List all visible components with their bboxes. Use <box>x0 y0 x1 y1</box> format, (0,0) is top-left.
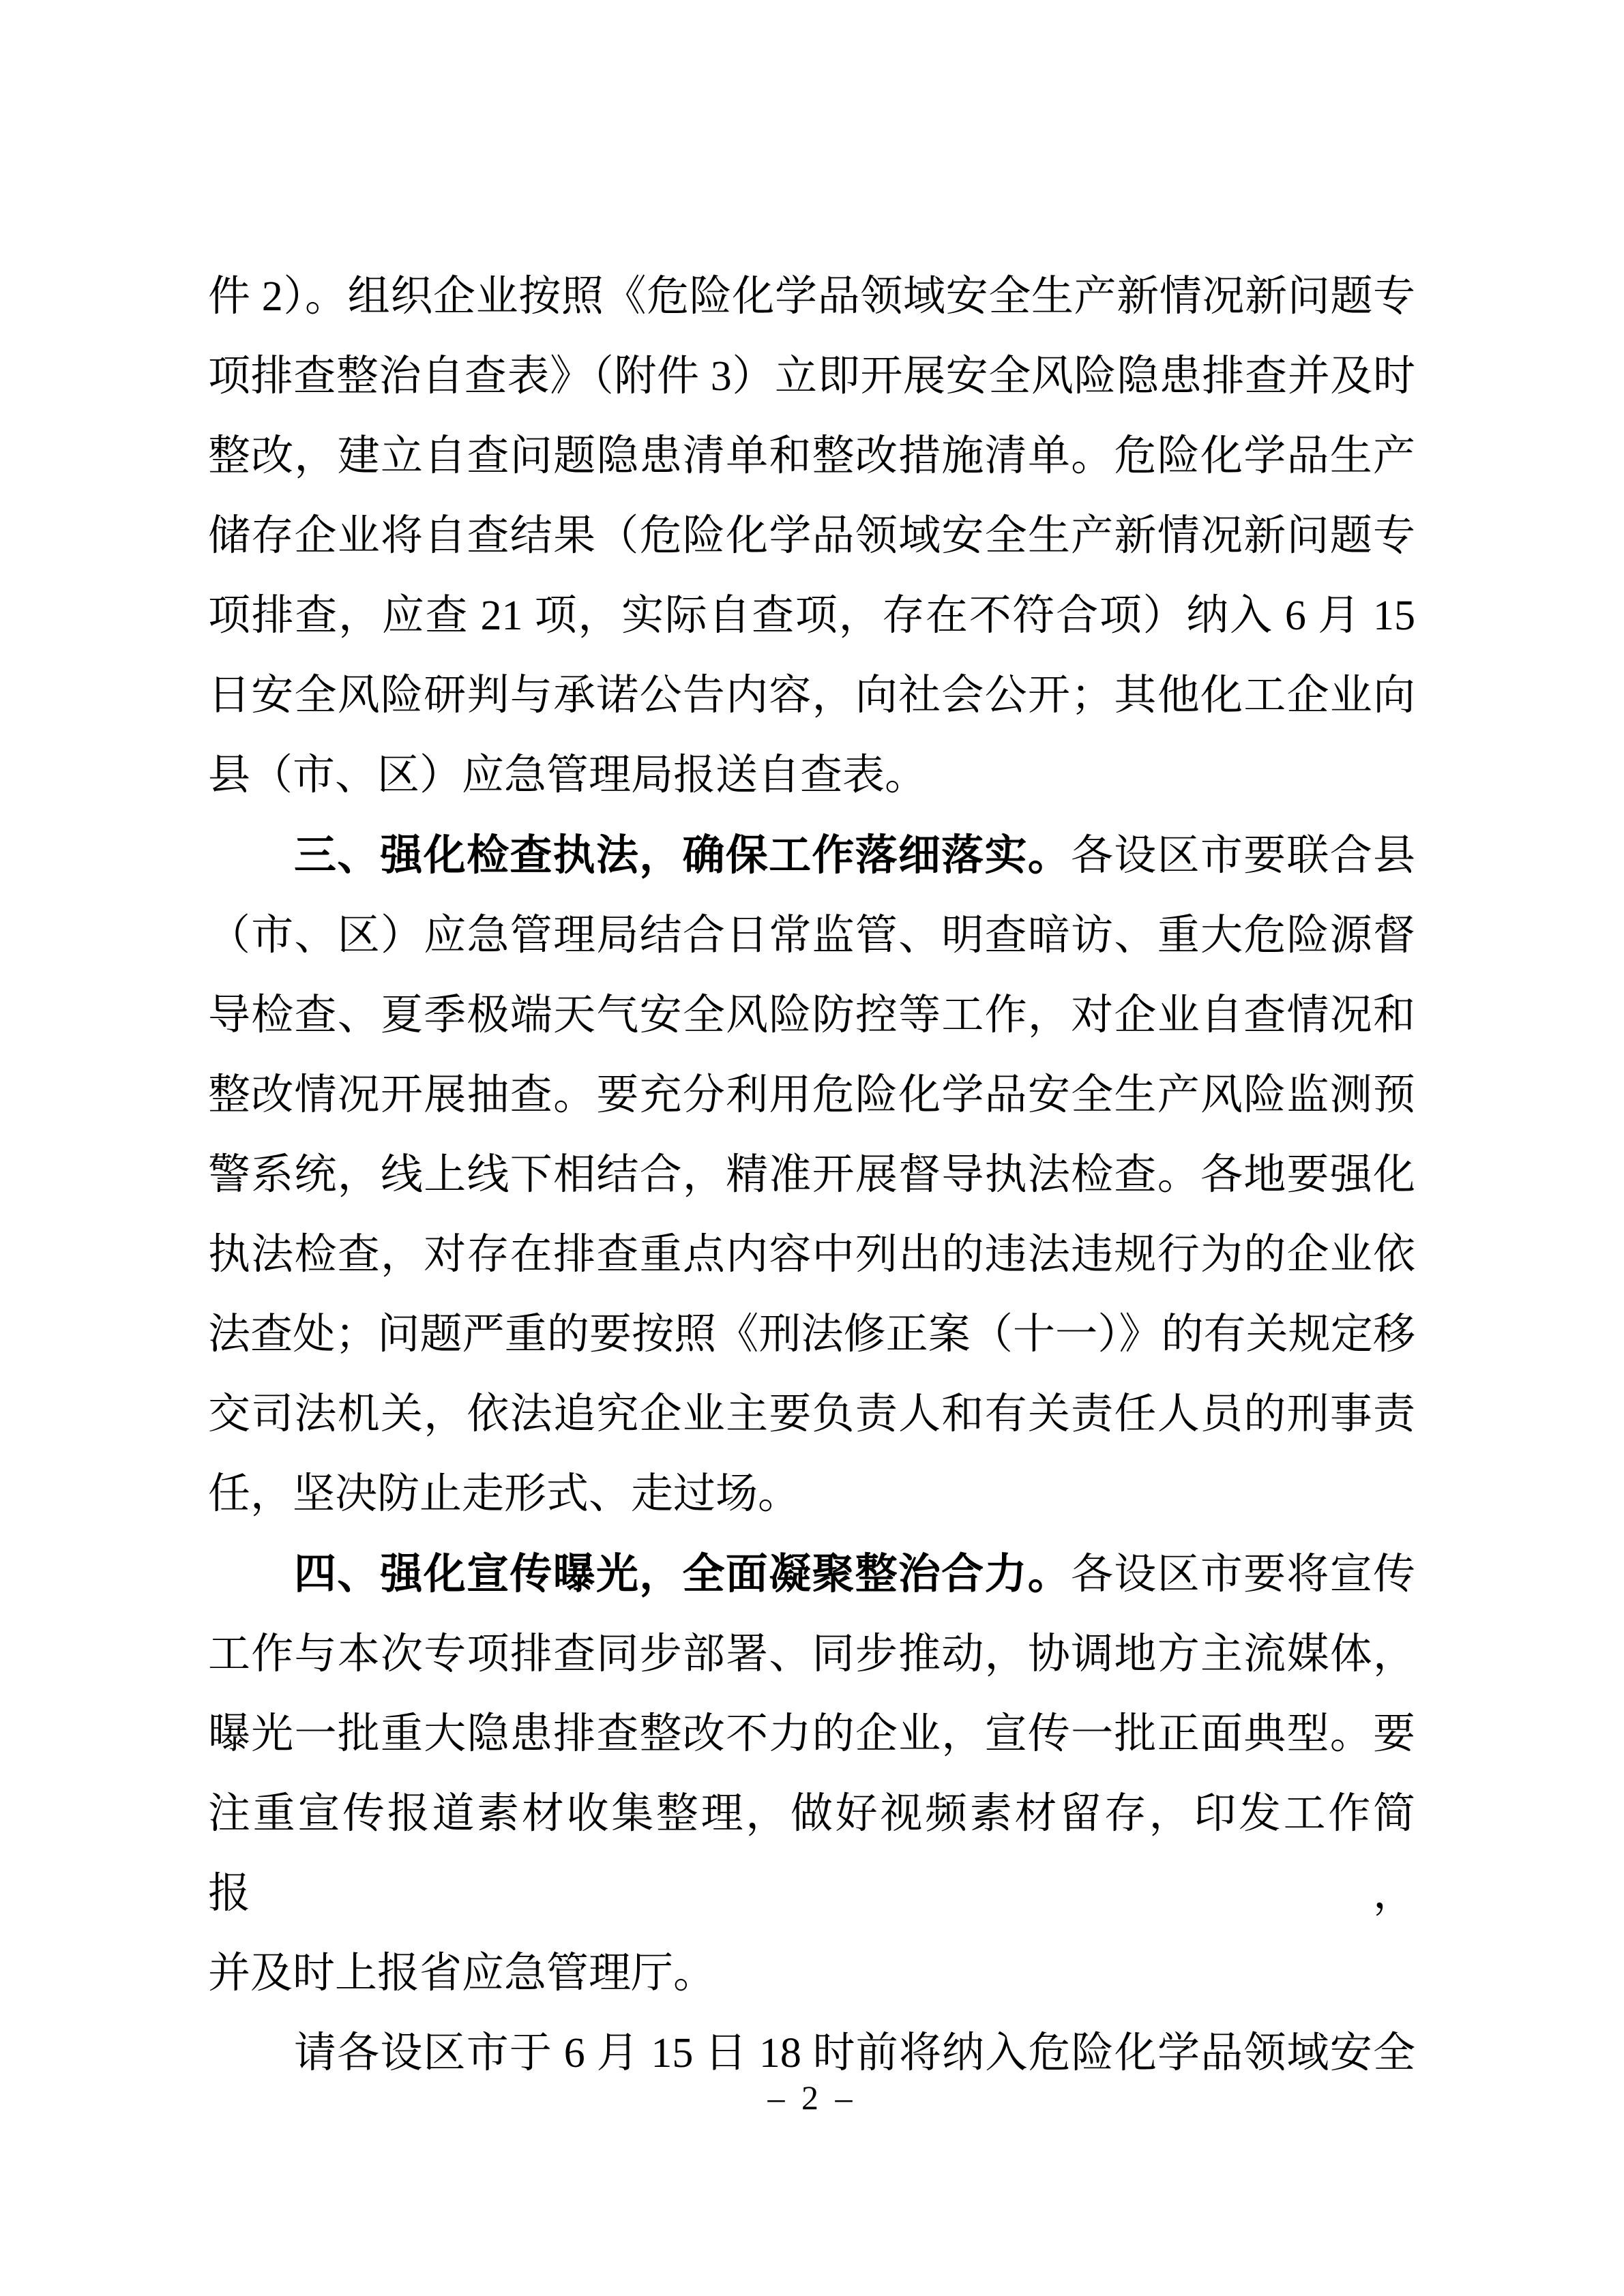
text-line: 交司法机关，依法追究企业主要负责人和有关责任人员的刑事责 <box>208 1375 1415 1455</box>
text-line: 导检查、夏季极端天气安全风险防控等工作，对企业自查情况和 <box>208 976 1415 1056</box>
text-segment: 整改情况开展抽查。要充分利用危险化学品安全生产风险监测预 <box>208 1072 1415 1118</box>
text-segment: 任，坚决防止走形式、走过场。 <box>208 1471 800 1517</box>
text-segment: 各设区市要将宣传 <box>1071 1551 1415 1598</box>
text-segment: 执法检查，对存在排查重点内容中列出的违法违规行为的企业依 <box>208 1232 1415 1278</box>
text-segment: 储存企业将自查结果（危险化学品领域安全生产新情况新问题专 <box>208 513 1415 559</box>
document-body: 件 2）。组织企业按照《危险化学品领域安全生产新情况新问题专项排查整治自查表》（… <box>208 257 1415 2093</box>
text-line: 任，坚决防止走形式、走过场。 <box>208 1455 1415 1534</box>
text-segment: 并及时上报省应急管理厅。 <box>208 1950 715 1997</box>
heading-segment: 四、强化宣传曝光，全面凝聚整治合力。 <box>294 1551 1071 1598</box>
page-footer: – 2 – <box>0 2077 1624 2118</box>
heading-line: 三、强化检查执法，确保工作落细落实。各设区市要联合县 <box>208 816 1415 896</box>
text-segment: 县（市、区）应急管理局报送自查表。 <box>208 752 927 799</box>
page-number: – 2 – <box>768 2078 857 2117</box>
text-line: 件 2）。组织企业按照《危险化学品领域安全生产新情况新问题专 <box>208 257 1415 337</box>
text-segment: 警系统，线上线下相结合，精准开展督导执法检查。各地要强化 <box>208 1152 1415 1198</box>
heading-line: 四、强化宣传曝光，全面凝聚整治合力。各设区市要将宣传 <box>208 1534 1415 1615</box>
text-segment: 请各设区市于 6 月 15 日 18 时前将纳入危险化学品领域安全 <box>294 2030 1415 2076</box>
text-segment: 工作与本次专项排查同步部署、同步推动，协调地方主流媒体， <box>208 1631 1415 1678</box>
text-line: 整改情况开展抽查。要充分利用危险化学品安全生产风险监测预 <box>208 1056 1415 1135</box>
text-line: （市、区）应急管理局结合日常监管、明查暗访、重大危险源督 <box>208 896 1415 976</box>
text-line: 注重宣传报道素材收集整理，做好视频素材留存，印发工作简报， <box>208 1774 1415 1934</box>
text-segment: （市、区）应急管理局结合日常监管、明查暗访、重大危险源督 <box>208 912 1415 959</box>
text-line: 法查处；问题严重的要按照《刑法修正案（十一）》的有关规定移 <box>208 1295 1415 1375</box>
text-line: 曝光一批重大隐患排查整改不力的企业，宣传一批正面典型。要 <box>208 1695 1415 1774</box>
text-segment: 导检查、夏季极端天气安全风险防控等工作，对企业自查情况和 <box>208 992 1415 1039</box>
text-segment: 项排查，应查 21 项，实际自查项，存在不符合项）纳入 6 月 15 <box>208 593 1415 639</box>
text-line: 工作与本次专项排查同步部署、同步推动，协调地方主流媒体， <box>208 1615 1415 1695</box>
text-segment: 日安全风险研判与承诺公告内容，向社会公开；其他化工企业向 <box>208 672 1415 719</box>
text-segment: 注重宣传报道素材收集整理，做好视频素材留存，印发工作简报， <box>208 1791 1415 1917</box>
text-segment: 曝光一批重大隐患排查整改不力的企业，宣传一批正面典型。要 <box>208 1711 1415 1757</box>
text-segment: 交司法机关，依法追究企业主要负责人和有关责任人员的刑事责 <box>208 1391 1415 1437</box>
text-line: 储存企业将自查结果（危险化学品领域安全生产新情况新问题专 <box>208 496 1415 576</box>
text-line: 项排查整治自查表》（附件 3）立即开展安全风险隐患排查并及时 <box>208 337 1415 417</box>
heading-segment: 三、强化检查执法，确保工作落细落实。 <box>294 832 1071 879</box>
text-line: 县（市、区）应急管理局报送自查表。 <box>208 736 1415 816</box>
text-line: 整改，建立自查问题隐患清单和整改措施清单。危险化学品生产 <box>208 417 1415 496</box>
text-line: 警系统，线上线下相结合，精准开展督导执法检查。各地要强化 <box>208 1135 1415 1215</box>
text-segment: 项排查整治自查表》（附件 3）立即开展安全风险隐患排查并及时 <box>208 353 1415 400</box>
text-line: 执法检查，对存在排查重点内容中列出的违法违规行为的企业依 <box>208 1215 1415 1295</box>
text-line: 并及时上报省应急管理厅。 <box>208 1934 1415 2014</box>
text-segment: 整改，建立自查问题隐患清单和整改措施清单。危险化学品生产 <box>208 433 1415 479</box>
text-line: 日安全风险研判与承诺公告内容，向社会公开；其他化工企业向 <box>208 656 1415 736</box>
text-segment: 件 2）。组织企业按照《危险化学品领域安全生产新情况新问题专 <box>208 273 1415 320</box>
text-segment: 各设区市要联合县 <box>1071 833 1415 879</box>
text-line: 项排查，应查 21 项，实际自查项，存在不符合项）纳入 6 月 15 <box>208 576 1415 656</box>
document-page: 件 2）。组织企业按照《危险化学品领域安全生产新情况新问题专项排查整治自查表》（… <box>0 0 1624 2296</box>
text-segment: 法查处；问题严重的要按照《刑法修正案（十一）》的有关规定移 <box>208 1311 1415 1358</box>
